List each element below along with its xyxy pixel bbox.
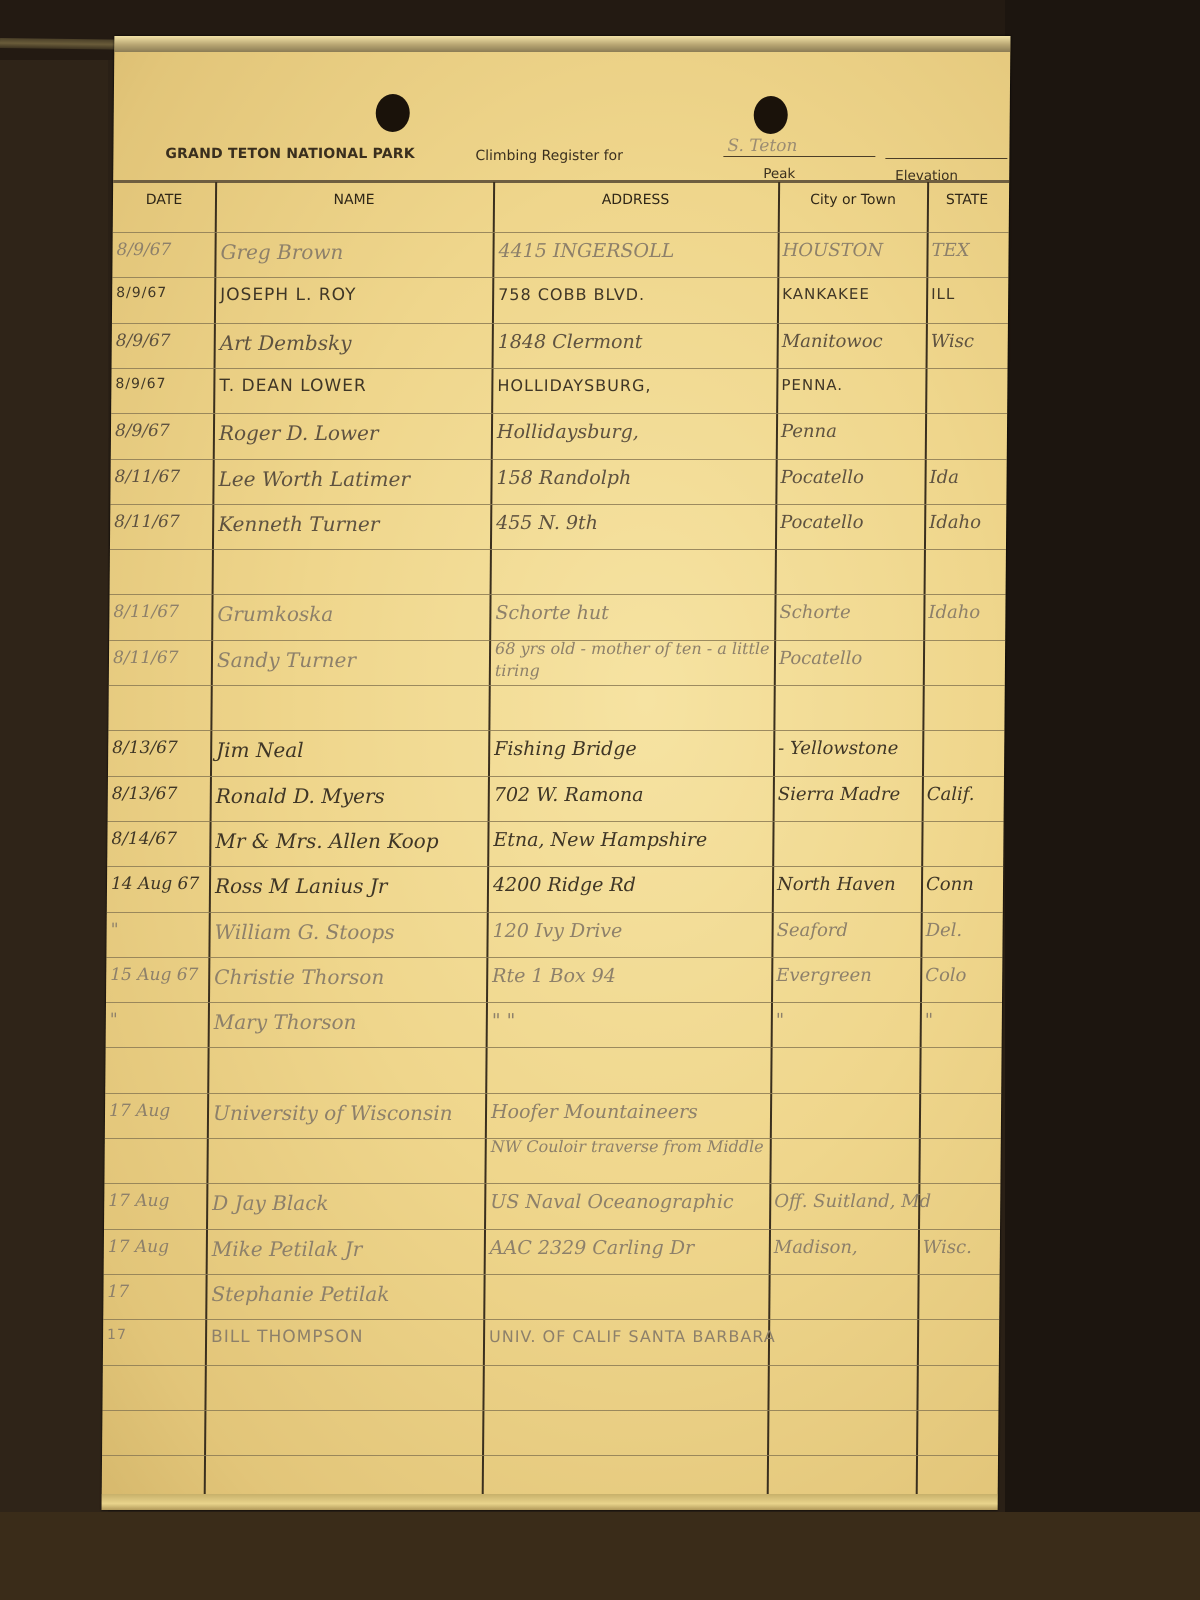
entry-name: University of Wisconsin: [213, 1101, 453, 1125]
entry-date: 15 Aug 67: [110, 965, 198, 985]
entry-address: UNIV. OF CALIF SANTA BARBARA: [489, 1327, 776, 1346]
column-header-city: City or Town: [778, 192, 928, 208]
entry-name: BILL THOMPSON: [211, 1327, 364, 1347]
row-rule: [102, 1410, 998, 1411]
entry-address: AAC 2329 Carling Dr: [490, 1237, 694, 1259]
entry-state: Wisc.: [923, 1237, 972, 1258]
entry-address: 1848 Clermont: [498, 331, 643, 353]
row-rule: [105, 1093, 1001, 1094]
entry-address: Rte 1 Box 94: [492, 965, 616, 987]
entry-state: Idaho: [928, 602, 980, 623]
entry-city: Pocatello: [779, 648, 862, 669]
entry-city: North Haven: [777, 874, 896, 895]
entry-name: T. DEAN LOWER: [219, 376, 367, 396]
row-rule: [103, 1319, 999, 1320]
entry-city: Seaford: [777, 920, 849, 941]
row-rule: [106, 1047, 1002, 1048]
entry-date: 8/9/67: [116, 285, 167, 301]
entry-name: D Jay Black: [212, 1191, 329, 1215]
punch-hole-icon: [754, 96, 788, 134]
entry-city: Penna: [781, 421, 837, 442]
entry-date: 8/13/67: [112, 738, 178, 758]
entry-name: Ronald D. Myers: [216, 784, 385, 808]
entry-address: " ": [492, 1010, 516, 1032]
entry-name: Art Dembsky: [220, 331, 352, 355]
entry-date: ": [110, 1010, 118, 1030]
entry-address: HOLLIDAYSBURG,: [497, 376, 651, 395]
entry-name: Greg Brown: [220, 240, 343, 264]
entry-state: Ida: [929, 467, 959, 488]
register-for-label: Climbing Register for: [475, 148, 623, 164]
entry-name: Roger D. Lower: [219, 421, 379, 445]
entry-state: Idaho: [929, 512, 981, 533]
entry-address: NW Couloir traverse from Middle: [491, 1136, 769, 1158]
header-rule: [113, 180, 1009, 183]
column-header-name: NAME: [215, 192, 493, 208]
entry-date: 17: [107, 1327, 127, 1343]
entry-city: Off. Suitland, Md: [774, 1191, 931, 1212]
entry-date: 8/11/67: [113, 602, 179, 622]
entry-date: 14 Aug 67: [111, 874, 199, 894]
entry-address: 120 Ivy Drive: [493, 920, 623, 942]
entry-date: 8/11/67: [113, 648, 179, 668]
entry-city: Evergreen: [776, 965, 872, 986]
entry-address: Fishing Bridge: [494, 738, 637, 760]
row-rule: [109, 685, 1005, 686]
background-right: [1005, 0, 1200, 1600]
entry-date: 17 Aug: [108, 1191, 169, 1211]
park-title: GRAND TETON NATIONAL PARK: [165, 146, 415, 162]
entry-city: KANKAKEE: [782, 285, 870, 303]
register-sheet: GRAND TETON NATIONAL PARK Climbing Regis…: [102, 36, 1011, 1510]
entry-date: 17 Aug: [108, 1237, 169, 1257]
entry-date: 8/9/67: [116, 240, 171, 260]
entry-state: Colo: [925, 965, 966, 986]
entry-date: 17: [107, 1282, 129, 1302]
row-rule: [106, 1002, 1002, 1003]
punch-hole-icon: [376, 94, 410, 132]
row-rule: [112, 368, 1008, 369]
entry-state: Wisc: [931, 331, 974, 352]
background-left: [0, 60, 108, 1512]
entry-date: 8/11/67: [115, 467, 181, 487]
entry-name: Stephanie Petilak: [211, 1282, 389, 1306]
row-rule: [110, 549, 1006, 550]
elevation-field: [885, 136, 1007, 159]
entry-address: 4415 INGERSOLL: [498, 240, 674, 262]
column-header-date: DATE: [113, 192, 215, 208]
entry-date: 8/9/67: [115, 376, 166, 392]
entry-city: Madison,: [774, 1237, 858, 1258]
entry-name: Lee Worth Latimer: [218, 467, 410, 491]
row-rule: [112, 277, 1008, 278]
entry-state: Calif.: [927, 784, 975, 805]
entry-address: US Naval Oceanographic: [490, 1191, 734, 1213]
row-rule: [111, 413, 1007, 414]
entry-date: 8/9/67: [115, 421, 170, 441]
row-rule: [112, 323, 1008, 324]
row-rule: [113, 232, 1009, 233]
entry-name: Grumkoska: [217, 602, 333, 626]
entry-city: PENNA.: [781, 376, 843, 394]
entry-state: Del.: [926, 920, 963, 941]
row-rule: [106, 957, 1002, 958]
entry-address: Etna, New Hampshire: [493, 829, 707, 851]
row-rule: [102, 1455, 998, 1456]
row-rule: [108, 821, 1004, 822]
entry-address: 702 W. Ramona: [494, 784, 644, 806]
entry-name: William G. Stoops: [215, 920, 395, 944]
entry-name: Sandy Turner: [217, 648, 356, 672]
entry-city: Pocatello: [780, 467, 863, 488]
entry-city: Pocatello: [780, 512, 863, 533]
background-bottom: [0, 1512, 1200, 1600]
row-rule: [107, 912, 1003, 913]
entry-name: Mr & Mrs. Allen Koop: [215, 829, 438, 853]
entry-address: Schorte hut: [495, 602, 609, 624]
entry-name: Mike Petilak Jr: [212, 1237, 363, 1261]
entry-name: Jim Neal: [216, 738, 304, 762]
entry-state: Conn: [926, 874, 974, 895]
row-rule: [107, 866, 1003, 867]
column-header-state: STATE: [928, 192, 1006, 208]
entry-date: 8/11/67: [114, 512, 180, 532]
entry-address: Hoofer Mountaineers: [491, 1101, 698, 1123]
entry-state: TEX: [931, 240, 969, 261]
entry-state: ILL: [931, 285, 955, 303]
row-rule: [110, 504, 1006, 505]
column-header-address: ADDRESS: [493, 192, 778, 208]
column-divider: [767, 182, 780, 1494]
paper-top-strip: [114, 36, 1010, 52]
peak-field: S. Teton: [723, 136, 875, 157]
row-rule: [108, 730, 1004, 731]
entry-city: ": [776, 1010, 784, 1031]
entry-address: 4200 Ridge Rd: [493, 874, 636, 896]
row-rule: [104, 1183, 1000, 1184]
paper-bottom-edge: [102, 1494, 998, 1510]
row-rule: [111, 459, 1007, 460]
entry-date: 8/14/67: [111, 829, 177, 849]
entry-city: HOUSTON: [782, 240, 883, 261]
entry-address: 758 COBB BLVD.: [498, 285, 645, 304]
entry-name: Mary Thorson: [214, 1010, 357, 1034]
entry-city: Manitowoc: [782, 331, 883, 352]
entry-address: 68 yrs old - mother of ten - a little ti…: [495, 638, 773, 682]
entry-name: Ross M Lanius Jr: [215, 874, 388, 898]
entry-date: 8/9/67: [116, 331, 171, 351]
entry-name: Kenneth Turner: [218, 512, 379, 536]
entry-name: Christie Thorson: [214, 965, 384, 989]
entry-address: 455 N. 9th: [496, 512, 598, 534]
row-rule: [110, 594, 1006, 595]
entry-name: JOSEPH L. ROY: [220, 285, 356, 305]
entry-date: 17 Aug: [109, 1101, 170, 1121]
entry-address: Hollidaysburg,: [497, 421, 639, 443]
row-rule: [104, 1274, 1000, 1275]
row-rule: [108, 776, 1004, 777]
entry-city: Sierra Madre: [778, 784, 901, 805]
row-rule: [103, 1365, 999, 1366]
entry-state: ": [925, 1010, 933, 1031]
entry-date: 8/13/67: [112, 784, 178, 804]
entry-city: - Yellowstone: [778, 738, 898, 759]
entry-date: ": [111, 920, 119, 940]
row-rule: [104, 1229, 1000, 1230]
column-divider: [916, 182, 929, 1494]
entry-city: Schorte: [779, 602, 851, 623]
entry-address: 158 Randolph: [496, 467, 631, 489]
